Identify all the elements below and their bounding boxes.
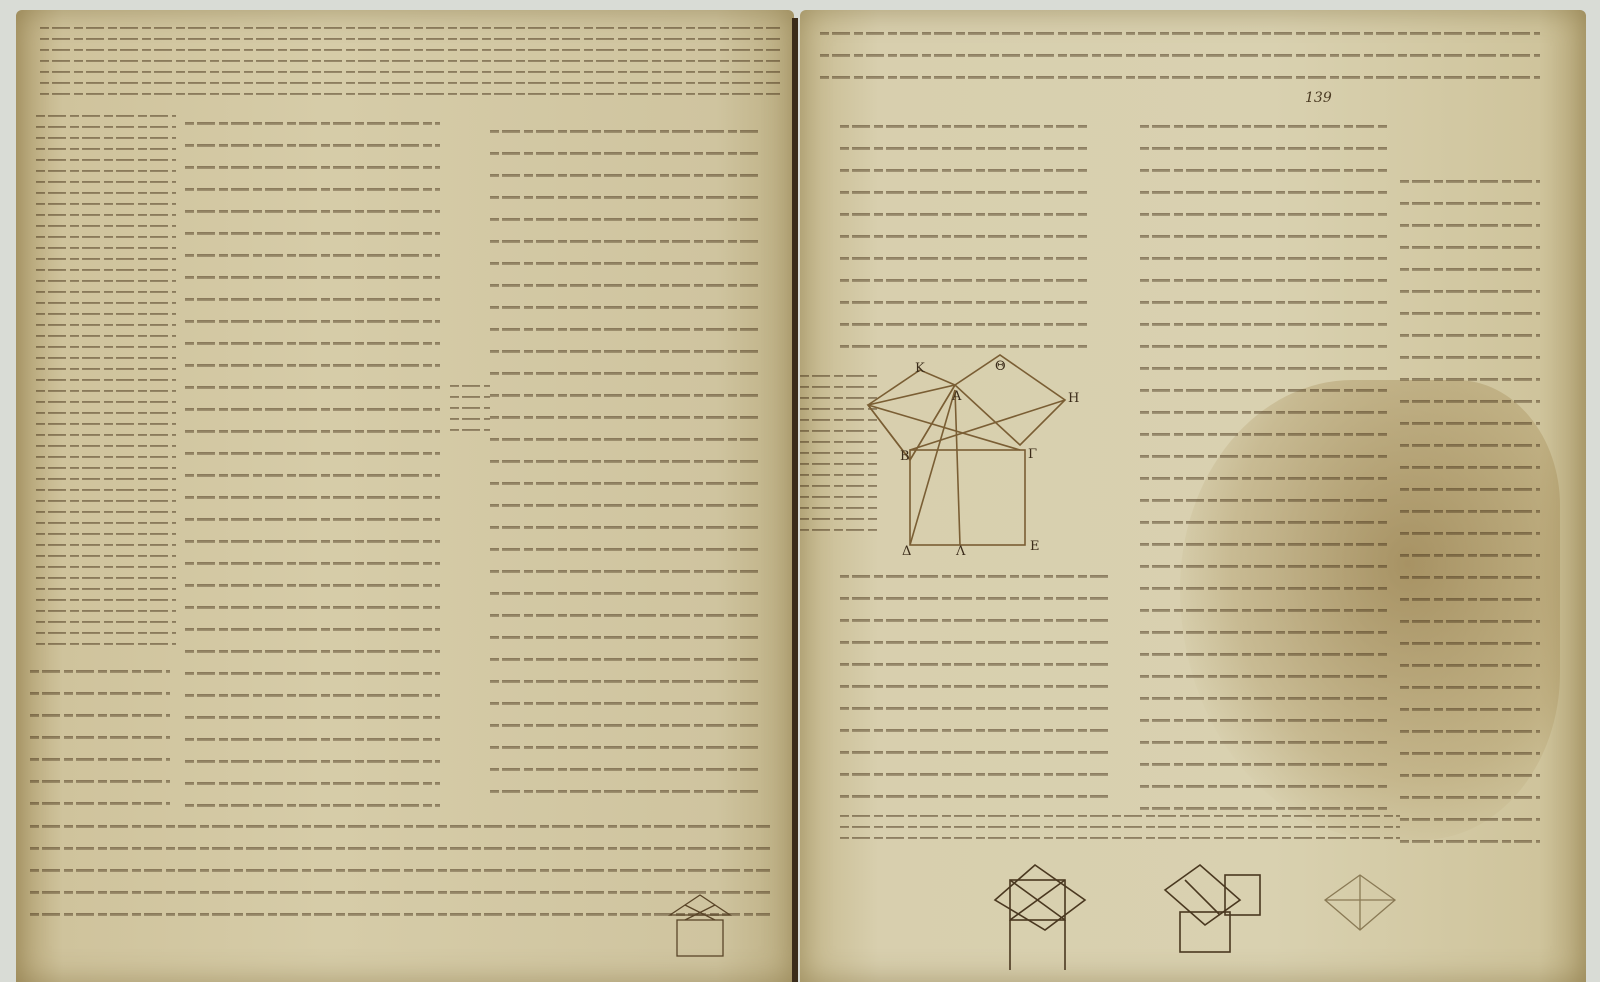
- left-margin-note: [30, 660, 170, 810]
- svg-text:Α: Α: [951, 389, 962, 404]
- left-bottom-scholia: [30, 815, 770, 925]
- svg-text:Γ: Γ: [1028, 447, 1037, 462]
- svg-text:Λ: Λ: [955, 544, 966, 559]
- svg-text:Θ: Θ: [995, 359, 1006, 374]
- page-number: 139: [1305, 90, 1332, 106]
- left-inter-column-note: [450, 380, 490, 440]
- svg-text:Ε: Ε: [1030, 539, 1040, 554]
- svg-text:Β: Β: [900, 449, 910, 464]
- left-footer-diagram: [665, 890, 735, 960]
- footer-diagram-3: [1320, 870, 1400, 940]
- right-column-2: [1140, 115, 1390, 815]
- left-column-2: [490, 120, 760, 810]
- left-column-1: [185, 112, 440, 807]
- svg-text:Η: Η: [1068, 391, 1079, 406]
- footer-diagram-1: [990, 860, 1100, 970]
- right-column-1-bottom: [840, 565, 1110, 805]
- left-margin-scholia: [36, 110, 176, 650]
- left-top-scholia: [40, 22, 780, 102]
- svg-text:Κ: Κ: [915, 361, 925, 376]
- right-margin-scholia: [1400, 170, 1540, 850]
- svg-text:Δ: Δ: [902, 544, 911, 559]
- pythagorean-diagram: ΚΘΑ ΗΒΓ ΔΛΕ: [860, 350, 1090, 560]
- right-bottom-line: [840, 810, 1400, 840]
- right-column-1-top: [840, 115, 1090, 355]
- footer-diagram-2: [1160, 860, 1270, 960]
- book-gutter: [792, 18, 798, 982]
- right-top-scholia: [820, 22, 1540, 97]
